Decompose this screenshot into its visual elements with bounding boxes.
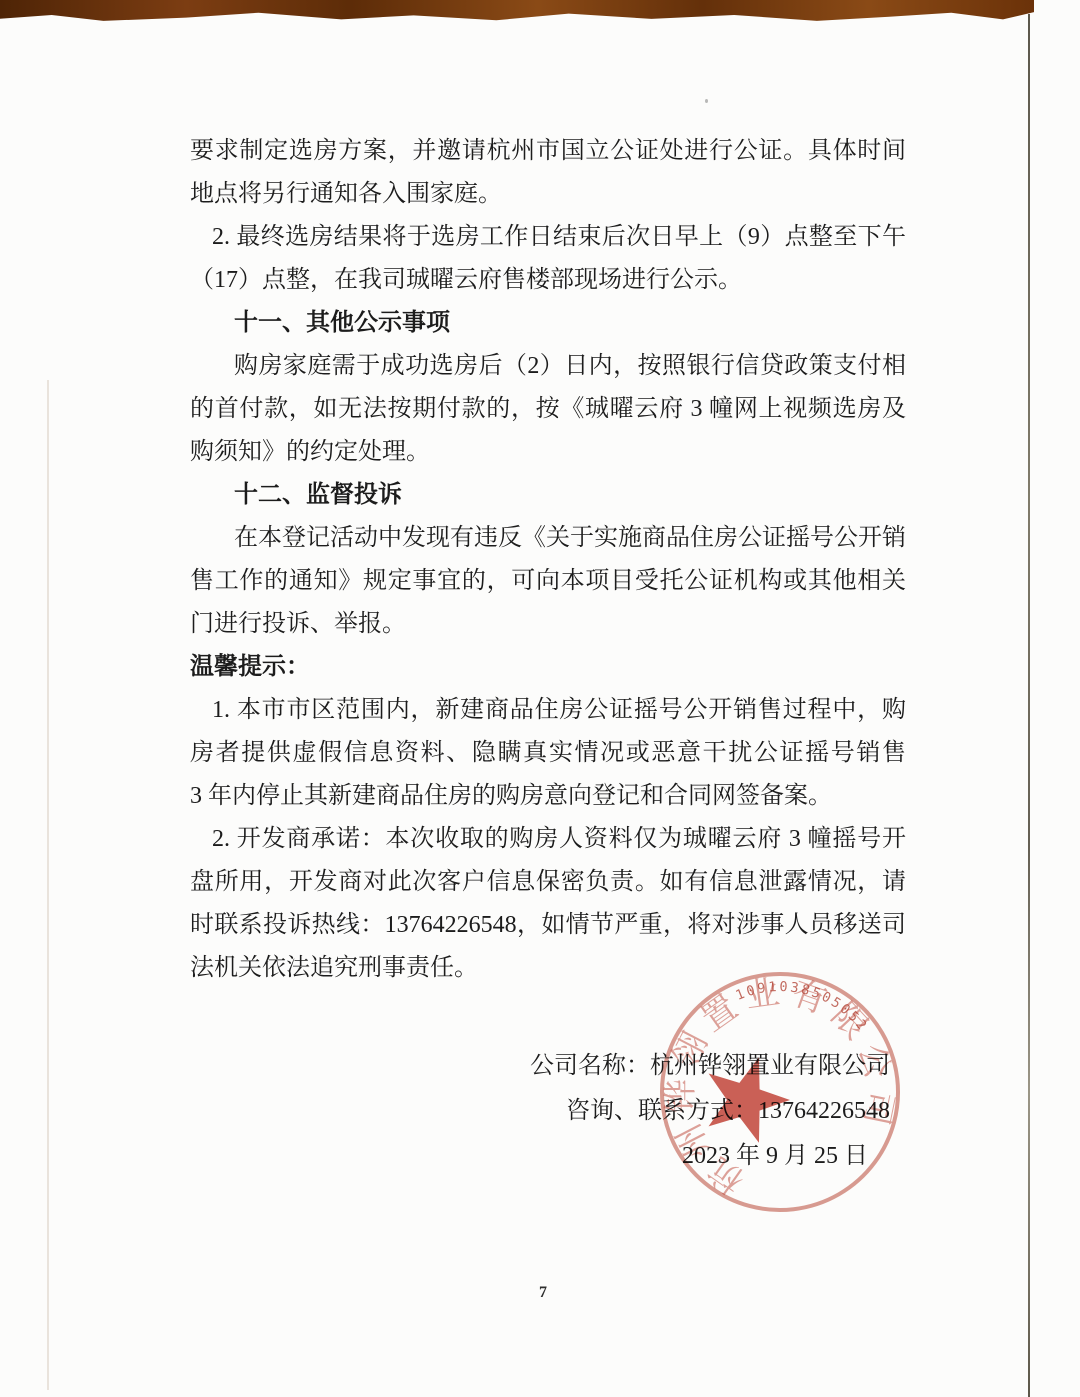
- top-edge-band: [0, 0, 1034, 22]
- body-line: 地点将另行通知各入围家庭。: [190, 173, 906, 216]
- right-edge-line: [1028, 14, 1030, 1397]
- body-line: 的首付款，如无法按期付款的，按《珹曜云府 3 幢网上视频选房及认: [190, 388, 906, 431]
- body-line: 2. 开发商承诺：本次收取的购房人资料仅为珹曜云府 3 幢摇号开: [190, 818, 906, 861]
- company-name-line: 公司名称：杭州铧翎置业有限公司: [470, 1044, 890, 1089]
- body-line: 售工作的通知》规定事宜的，可向本项目受托公证机构或其他相关部: [190, 560, 906, 603]
- body-line: 购须知》的约定处理。: [190, 431, 906, 474]
- body-line: 在本登记活动中发现有违反《关于实施商品住房公证摇号公开销: [190, 517, 906, 560]
- section-heading: 十一、其他公示事项: [190, 302, 906, 345]
- left-edge-line: [47, 380, 49, 1390]
- body-line: 法机关依法追究刑事责任。: [190, 947, 906, 990]
- section-heading: 温馨提示：: [190, 646, 906, 689]
- signature-block: 公司名称：杭州铧翎置业有限公司 咨询、联系方式：13764226548 2023…: [470, 1044, 890, 1179]
- body-line: 3 年内停止其新建商品住房的购房意向登记和合同网签备案。: [190, 775, 906, 818]
- page-number: 7: [528, 1284, 558, 1302]
- body-line: 购房家庭需于成功选房后（2）日内，按照银行信贷政策支付相应: [190, 345, 906, 388]
- body-line: 2. 最终选房结果将于选房工作日结束后次日早上（9）点整至下午: [190, 216, 906, 259]
- body-line: （17）点整，在我司珹曜云府售楼部现场进行公示。: [190, 259, 906, 302]
- document-body: 要求制定选房方案，并邀请杭州市国立公证处进行公证。具体时间及 地点将另行通知各入…: [190, 130, 906, 990]
- body-line: 盘所用，开发商对此次客户信息保密负责。如有信息泄露情况，请及: [190, 861, 906, 904]
- section-heading: 十二、监督投诉: [190, 474, 906, 517]
- body-line: 要求制定选房方案，并邀请杭州市国立公证处进行公证。具体时间及: [190, 130, 906, 173]
- body-line: 时联系投诉热线：13764226548，如情节严重，将对涉事人员移送司: [190, 904, 906, 947]
- body-line: 门进行投诉、举报。: [190, 603, 906, 646]
- contact-line: 咨询、联系方式：13764226548: [470, 1089, 890, 1134]
- speck: [705, 99, 708, 103]
- date-line: 2023 年 9 月 25 日: [470, 1134, 890, 1179]
- body-line: 1. 本市市区范围内，新建商品住房公证摇号公开销售过程中，购: [190, 689, 906, 732]
- body-line: 房者提供虚假信息资料、隐瞒真实情况或恶意干扰公证摇号销售的，: [190, 732, 906, 775]
